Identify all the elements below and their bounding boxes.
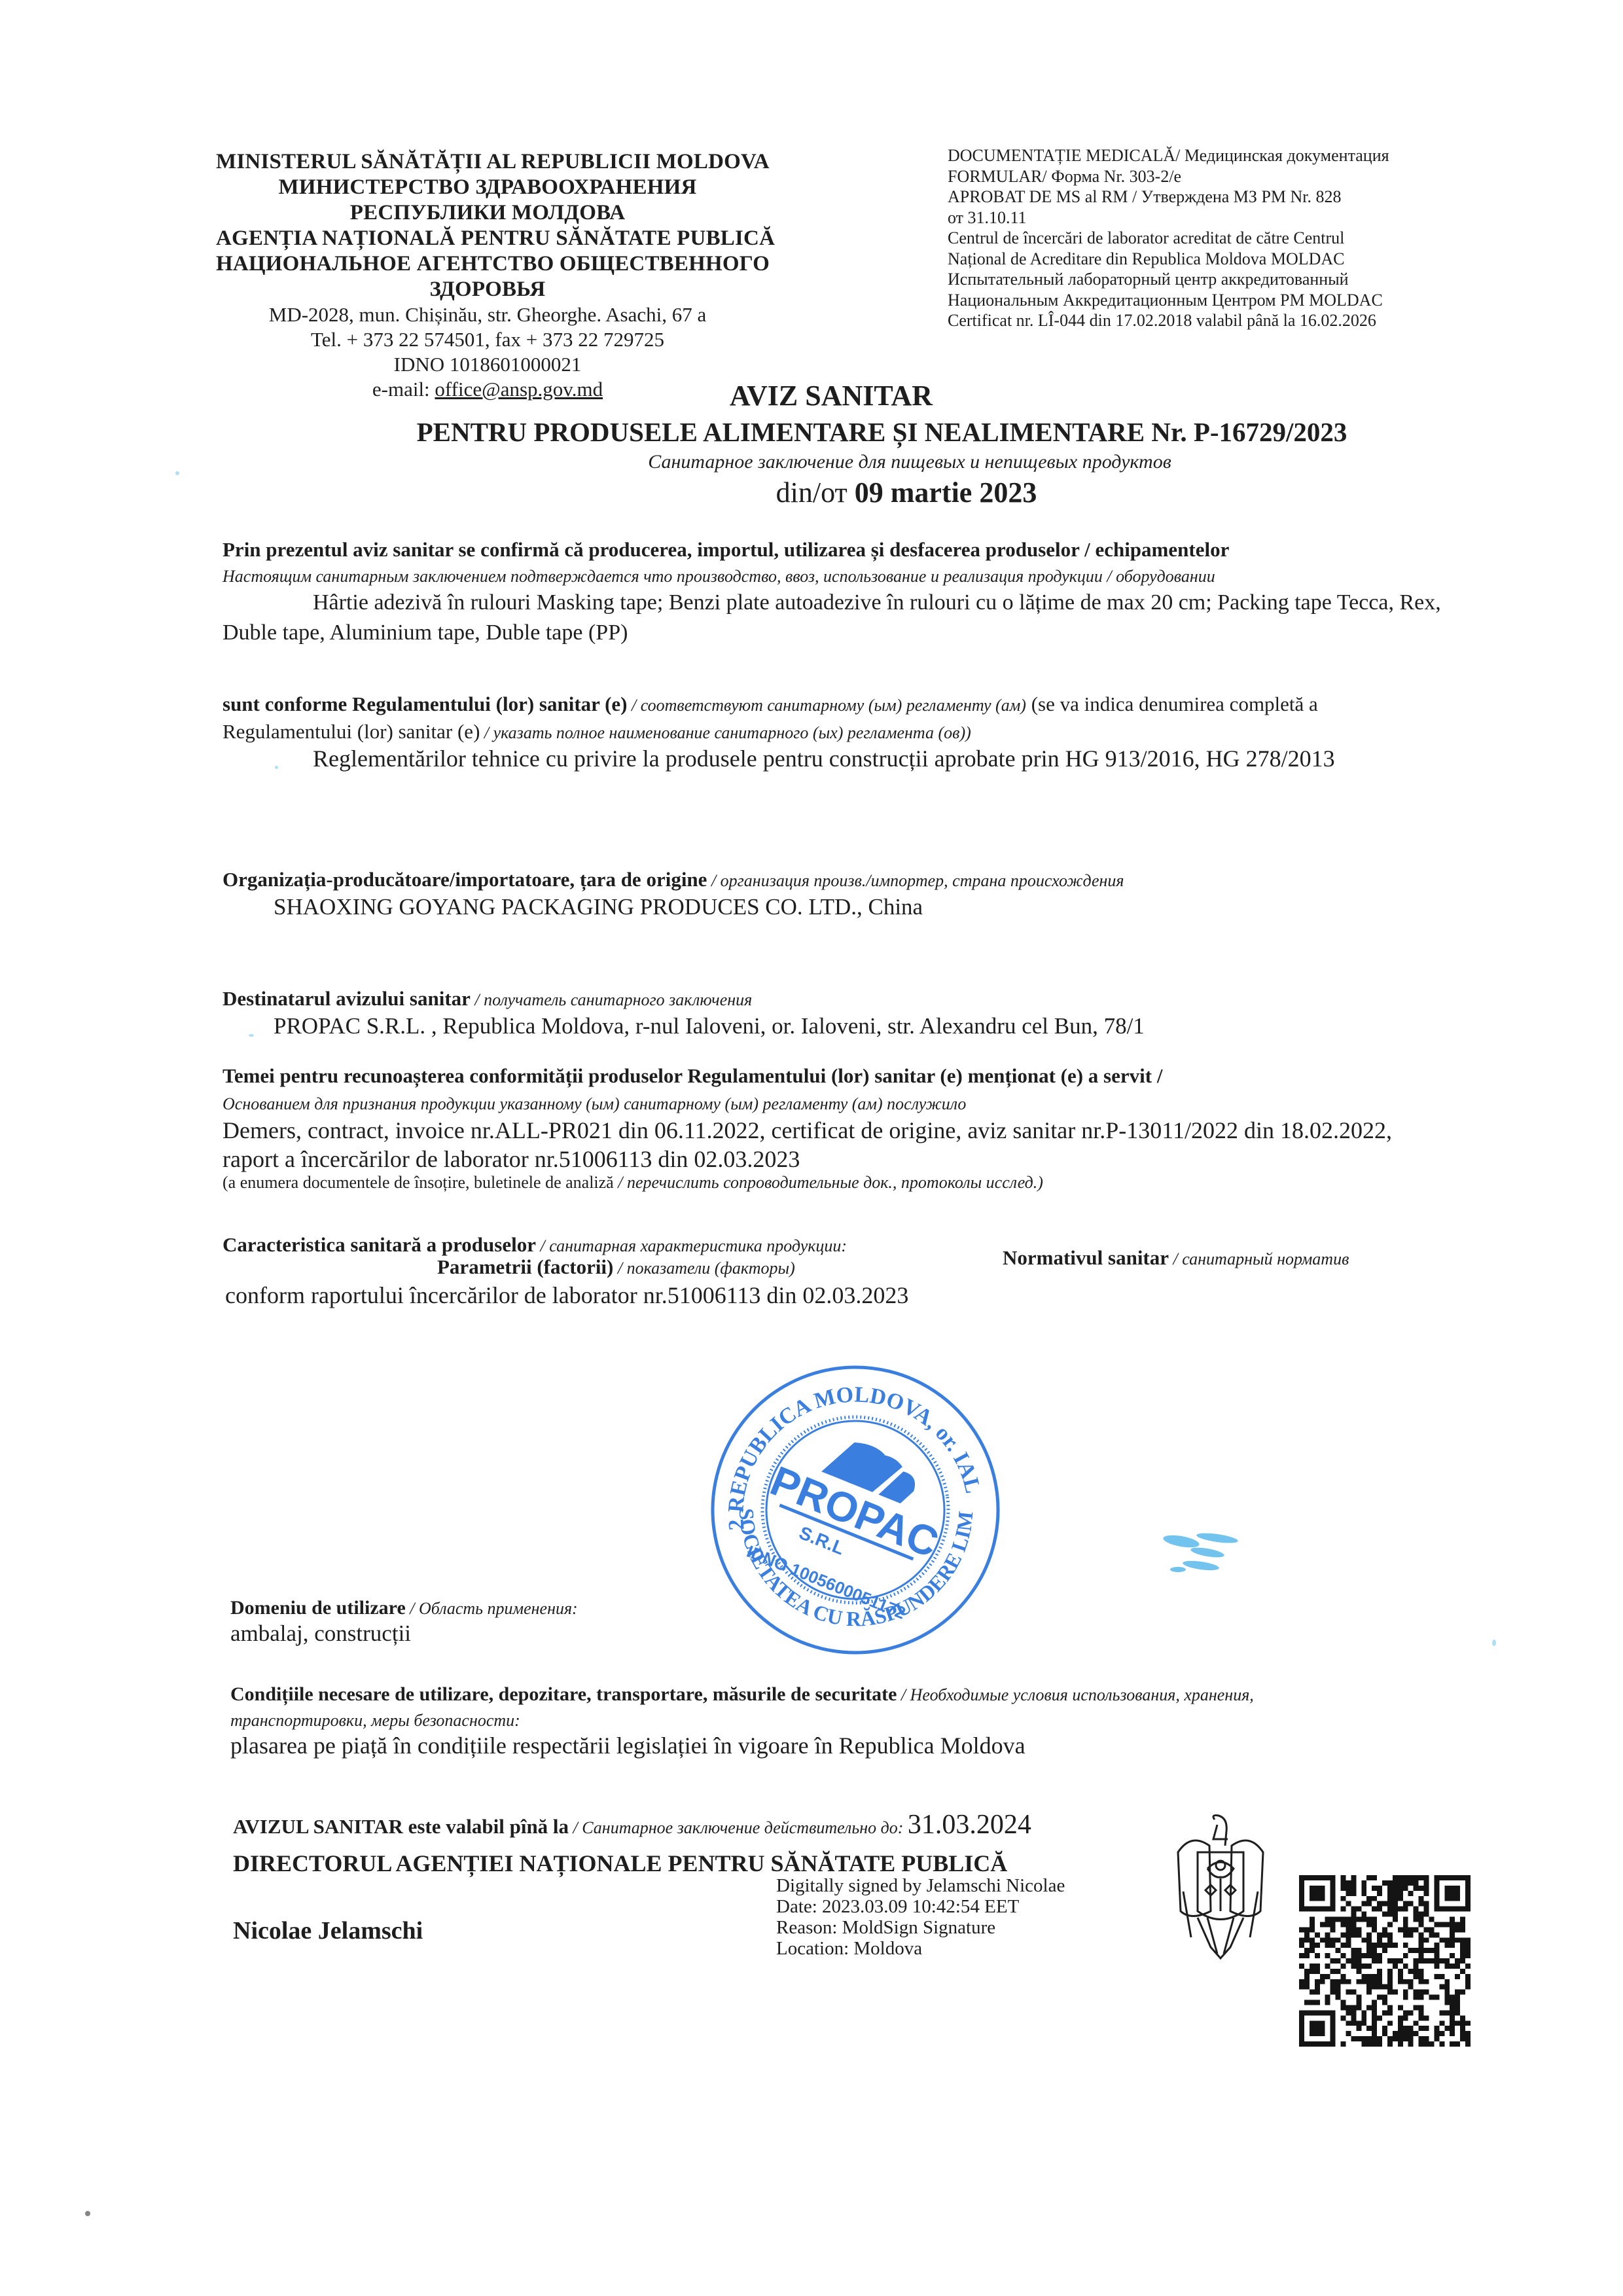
validity-label-ru: / Санитарное заключение действительно до… (569, 1818, 908, 1837)
products-label: Prin prezentul aviz sanitar se confirmă … (223, 538, 1229, 562)
recipient-label: Destinatarul avizului sanitar (223, 987, 471, 1010)
recipient-label-row: Destinatarul avizului sanitar / получате… (223, 987, 752, 1011)
domain-value: ambalaj, construcții (230, 1621, 411, 1647)
issuer-line: МИНИСТЕРСТВО ЗДРАВООХРАНЕНИЯ (216, 175, 759, 200)
conditions-label-ru-cont: транспортировки, меры безопасности: (230, 1711, 520, 1731)
digital-sig-line: Date: 2023.03.09 10:42:54 EET (776, 1896, 1065, 1917)
scan-speck (275, 766, 278, 769)
basis-note: (a enumera documentele de însoțire, bule… (223, 1173, 614, 1192)
params-label: Parametrii (factorii) (437, 1255, 613, 1278)
producer-value: SHAOXING GOYANG PACKAGING PRODUCES CO. L… (274, 894, 923, 920)
regulations-label-row2: Regulamentului (lor) sanitar (e) / указа… (223, 720, 971, 744)
issuer-header: MINISTERUL SĂNĂTĂȚII AL REPUBLICII MOLDO… (216, 149, 759, 402)
products-label-ru: Настоящим санитарным заключением подтвер… (223, 567, 1215, 586)
conditions-value: plasarea pe piață în condițiile respectă… (230, 1732, 1026, 1759)
regulations-label-row: sunt conforme Regulamentului (lor) sanit… (223, 692, 1318, 716)
moldova-coat-of-arms-icon (1171, 1813, 1270, 1964)
company-stamp: 2 REPUBLICA MOLDOVA, or. IALOVENI SOCIET… (704, 1358, 1008, 1662)
issuer-line: AGENȚIA NAȚIONALĂ PENTRU SĂNĂTATE PUBLIC… (216, 226, 759, 251)
regulations-note: (se va indica denumirea completă a (1026, 692, 1318, 715)
characteristics-label: Caracteristica sanitară a produselor (223, 1233, 536, 1256)
scan-speck (85, 2211, 90, 2216)
issuer-line: ЗДОРОВЬЯ (216, 277, 759, 302)
validity-date: 31.03.2024 (908, 1810, 1031, 1840)
basis-label: Temei pentru recunoașterea conformității… (223, 1064, 1162, 1088)
domain-label-ru: / Область применения: (406, 1599, 578, 1618)
digital-sig-line: Digitally signed by Jelamschi Nicolae (776, 1876, 1065, 1896)
validity-label: AVIZUL SANITAR este valabil pînă la (233, 1815, 569, 1838)
scan-speck (249, 1034, 254, 1037)
scan-speck (1492, 1640, 1496, 1646)
basis-label-ru: Основанием для признания продукции указа… (223, 1094, 966, 1114)
scan-speck (175, 471, 179, 475)
date-value: 09 martie 2023 (855, 476, 1037, 509)
basis-note-row: (a enumera documentele de însoțire, bule… (223, 1173, 1043, 1193)
recipient-value: PROPAC S.R.L. , Republica Moldova, r-nul… (274, 1013, 1145, 1039)
issuer-line: MINISTERUL SĂNĂTĂȚII AL REPUBLICII MOLDO… (216, 149, 759, 175)
basis-value: Demers, contract, invoice nr.ALL-PR021 d… (223, 1117, 1392, 1144)
issuer-line: НАЦИОНАЛЬНОЕ АГЕНТСТВО ОБЩЕСТВЕННОГО (216, 251, 759, 277)
form-meta-line: Национальным Аккредитационным Центром РМ… (948, 290, 1389, 311)
norm-label: Normativul sanitar (1003, 1246, 1169, 1269)
form-meta-line: Centrul de încercări de laborator acredi… (948, 228, 1389, 249)
form-meta-line: Испытательный лабораторный центр аккреди… (948, 269, 1389, 290)
regulations-value: Reglementărilor tehnice cu privire la pr… (313, 745, 1335, 772)
director-name: Nicolae Jelamschi (233, 1916, 423, 1945)
digital-signature-block: Digitally signed by Jelamschi Nicolae Da… (776, 1876, 1065, 1959)
document-title: AVIZ SANITAR (0, 378, 1623, 414)
ink-smudge (1155, 1525, 1260, 1584)
qr-code-icon[interactable] (1299, 1873, 1471, 2049)
regulations-label2-ru: / указать полное наименование санитарног… (480, 723, 971, 742)
params-label-ru: / показатели (факторы) (613, 1259, 794, 1278)
director-title: DIRECTORUL AGENȚIEI NAȚIONALE PENTRU SĂN… (233, 1850, 1007, 1877)
validity-row: AVIZUL SANITAR este valabil pînă la / Са… (233, 1809, 1031, 1840)
form-meta-line: Național de Acreditare din Republica Mol… (948, 249, 1389, 270)
regulations-label2: Regulamentului (lor) sanitar (e) (223, 720, 480, 743)
document-subtitle: PENTRU PRODUSELE ALIMENTARE ȘI NEALIMENT… (0, 415, 1623, 449)
basis-note-ru: / перечислить сопроводительные док., про… (614, 1173, 1043, 1192)
norm-label-ru: / санитарный норматив (1169, 1249, 1349, 1268)
conditions-label-ru: / Необходимые условия использования, хра… (897, 1685, 1253, 1704)
form-meta-line: Certificat nr. LÎ-044 din 17.02.2018 val… (948, 310, 1389, 331)
regulations-label: sunt conforme Regulamentului (lor) sanit… (223, 692, 628, 715)
regulations-label-ru: / соответствуют санитарному (ым) регламе… (628, 696, 1026, 715)
form-meta-line: DOCUMENTAȚIE MEDICALĂ/ Медицинская докум… (948, 145, 1389, 166)
params-header: Parametrii (factorii) / показатели (факт… (437, 1255, 795, 1279)
domain-label: Domeniu de utilizare (230, 1597, 406, 1619)
form-metadata: DOCUMENTAȚIE MEDICALĂ/ Медицинская докум… (948, 145, 1389, 331)
document-date: din/от 09 martie 2023 (0, 475, 1623, 511)
domain-label-row: Domeniu de utilizare / Область применени… (230, 1597, 578, 1619)
issuer-idno: IDNO 1018601000021 (216, 352, 759, 377)
issuer-address: MD-2028, mun. Chișinău, str. Gheorghe. A… (216, 302, 759, 327)
form-meta-line: APROBAT DE MS al RM / Утверждена МЗ РМ N… (948, 187, 1389, 207)
form-meta-line: FORMULAR/ Форма Nr. 303-2/e (948, 166, 1389, 187)
producer-label-row: Organizația-producătoare/importatoare, ț… (223, 868, 1124, 891)
recipient-label-ru: / получатель санитарного заключения (471, 990, 752, 1009)
producer-label-ru: / организация произв./импортер, страна п… (707, 871, 1124, 890)
conditions-label: Condițiile necesare de utilizare, depozi… (230, 1683, 897, 1705)
producer-label: Organizația-producătoare/importatoare, ț… (223, 868, 707, 891)
characteristics-label-ru: / санитарная характеристика продукции: (536, 1236, 847, 1255)
document-subtitle-ru: Санитарное заключение для пищевых и непи… (0, 449, 1623, 475)
characteristics-label-row: Caracteristica sanitară a produselor / с… (223, 1233, 847, 1257)
products-value-cont: Duble tape, Aluminium tape, Duble tape (… (223, 620, 628, 645)
products-value: Hârtie adezivă în rulouri Masking tape; … (313, 590, 1441, 615)
issuer-phone: Tel. + 373 22 574501, fax + 373 22 72972… (216, 327, 759, 352)
digital-sig-line: Location: Moldova (776, 1938, 1065, 1959)
conditions-label-row: Condițiile necesare de utilizare, depozi… (230, 1683, 1254, 1706)
document-title-block: AVIZ SANITAR PENTRU PRODUSELE ALIMENTARE… (0, 378, 1623, 511)
norm-header: Normativul sanitar / санитарный норматив (1003, 1246, 1349, 1270)
date-prefix: din/от (776, 476, 855, 509)
form-meta-line: от 31.10.11 (948, 207, 1389, 228)
basis-value-cont: raport a încercărilor de laborator nr.51… (223, 1145, 800, 1173)
characteristics-value: conform raportului încercărilor de labor… (225, 1282, 908, 1309)
issuer-line: РЕСПУБЛИКИ МОЛДОВА (216, 200, 759, 226)
digital-sig-line: Reason: MoldSign Signature (776, 1917, 1065, 1938)
